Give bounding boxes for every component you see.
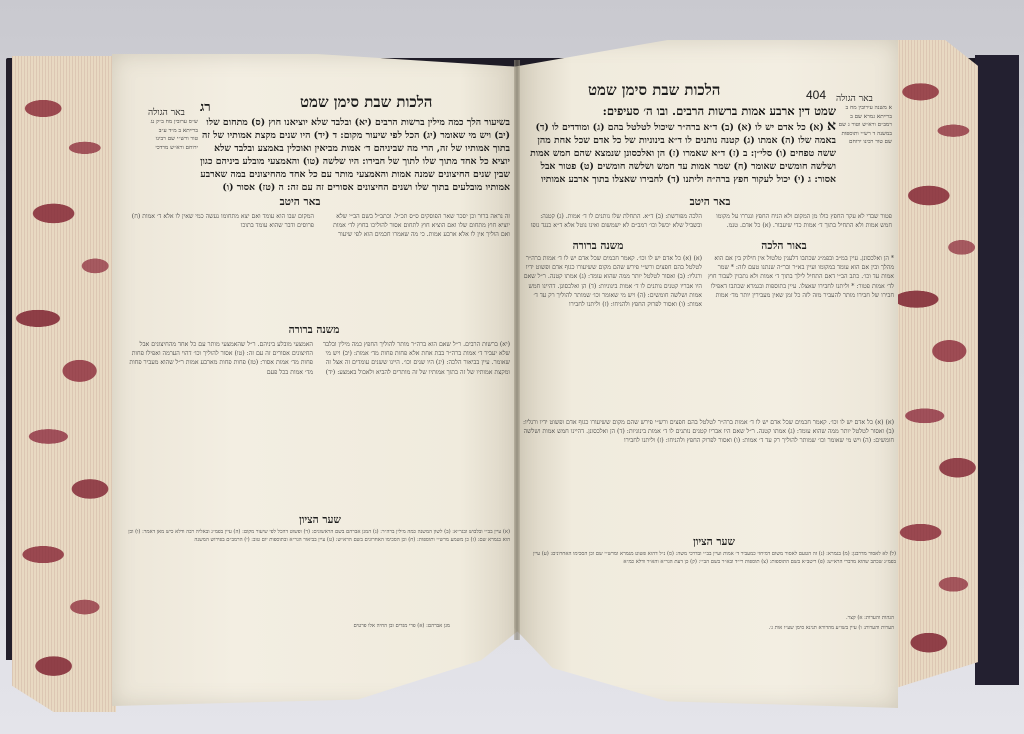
right-section-mishnah-berurah: (א) (א) כל אדם יש לו וכו׳. קאמר חכמים שכ… <box>522 254 702 414</box>
book-photo: הלכות שבת סימן שמט רג באר הגולה ש״ס ערוב… <box>0 0 1024 734</box>
left-section-heading-baer-heitev: באר היטב <box>250 196 350 208</box>
right-section-shaar-hatziyun: (ל) לא לאסור מדרבנן: (מ) בגמרא: (נ) זה ה… <box>522 550 896 610</box>
siman-title: שמט דין ארבע אמות ברשות הרבים. ובו ה׳ סע… <box>530 100 836 120</box>
left-main-text: בשיעור הלך כמה מילין ברשות הרבים (יא) וב… <box>198 116 510 194</box>
left-footnote: מגן אברהם: (א) פרי מגדים ובן החיה אלו פר… <box>300 622 450 632</box>
left-page-letter: רג <box>200 96 211 115</box>
seif-letter-aleph: א <box>827 120 836 134</box>
marbled-fore-edge-left <box>12 56 116 712</box>
right-section-heading-biur-halacha: באור הלכה <box>734 240 834 252</box>
book-cover-right <box>975 55 1019 685</box>
left-section-shaar-hatziyun: (א) עיין בב״י ובלבוש ובגר״א: (ב) לשון המ… <box>124 528 510 616</box>
left-section-mishnah-berurah: (יא) ברשות הרבים. ר״ל שאם הוא ברה״ר מותר… <box>126 340 510 510</box>
right-section-heading-baer-heitev: באר היטב <box>660 196 760 208</box>
left-section-heading-shaar-hatziyun: שער הציון <box>270 514 370 526</box>
right-margin-notes: א משנה עירובין מח ב ברייתא גמרא שם ב רמב… <box>838 104 892 182</box>
left-section-baer-heitev: זה נראה ברור וכן יסכר שאר הפוסקים ס״ס תכ… <box>128 212 510 322</box>
left-page-title: הלכות שבת סימן שמט <box>300 93 432 111</box>
right-section-heading-shaar-hatziyun: שער הציון <box>664 536 764 548</box>
right-page-title: הלכות שבת סימן שמט <box>588 81 720 99</box>
right-footnote-1: הגהות והערות: א) קצר. <box>700 614 894 623</box>
left-section-heading-mishnah-berurah: משנה ברורה <box>264 324 364 336</box>
marbled-fore-edge-right <box>896 40 978 688</box>
right-section-continuation: (א) (א) כל אדם יש לו וכו׳. קאמר חכמים שכ… <box>522 418 894 530</box>
left-page-running-head: הלכות שבת סימן שמט <box>300 92 432 112</box>
right-margin-label: באר הגולה <box>836 86 873 105</box>
right-section-biur-halacha: * הן ואלכסונן. עיין במ״ב ובפמ״ג שכתבו דל… <box>708 254 894 414</box>
right-section-baer-heitev: פטור שבדי לא עקר החפץ כולו מן המקום ולא … <box>522 212 892 242</box>
right-footnote-2: הערות והערות: ו) עיין בשו״ע מהדורא תנינא… <box>640 624 894 633</box>
left-margin-notes: ש״ס ערובין מח ב״ק נג ברייתא ב מ״ד ע״ב טו… <box>150 118 198 190</box>
right-section-heading-mishnah-berurah: משנה ברורה <box>548 240 648 252</box>
right-main-text: א (א) כל אדם יש לו (א) (ב) ד״א ברה״ר שיכ… <box>520 120 836 184</box>
left-margin-label: באר הגולה <box>148 100 185 119</box>
right-page-running-head: הלכות שבת סימן שמט <box>588 80 720 100</box>
